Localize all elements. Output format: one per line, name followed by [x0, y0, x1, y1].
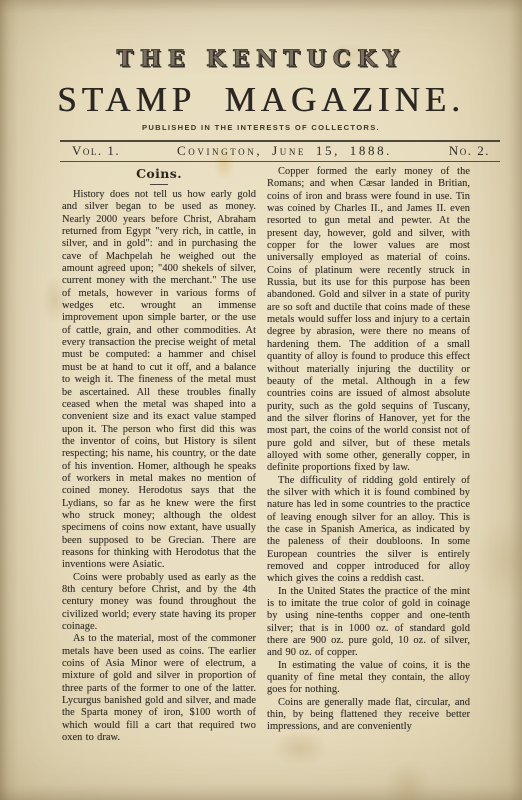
magazine-page: THE KENTUCKY STAMP MAGAZINE. PUBLISHED I… — [0, 0, 522, 800]
paragraph-coins-early-use: Coins were probably used as early as the… — [62, 572, 256, 634]
masthead-tagline: PUBLISHED IN THE INTERESTS OF COLLECTORS… — [0, 123, 522, 132]
volume-label: Vol. 1. — [72, 143, 120, 159]
paragraph-coin-materials: As to the material, most of the commoner… — [62, 633, 256, 744]
paragraph-gold-silver-alloy: The difficulity of ridding gold entirely… — [267, 475, 470, 586]
paragraph-copper-roman-money: Copper formed the early money of the Rom… — [267, 166, 470, 475]
article-body: Coins. History does not tell us how earl… — [0, 162, 522, 744]
paragraph-us-mint-practice: In the United States the practice of the… — [267, 586, 470, 660]
left-column: Coins. History does not tell us how earl… — [62, 166, 256, 744]
masthead-kicker: THE KENTUCKY — [0, 46, 522, 72]
number-label: No. 2. — [449, 143, 490, 159]
right-column: Copper formed the early money of the Rom… — [267, 166, 470, 744]
masthead: THE KENTUCKY STAMP MAGAZINE. PUBLISHED I… — [0, 0, 522, 132]
paragraph-coin-value: In estimating the value of coins, it is … — [267, 660, 470, 697]
article-title: Coins. — [62, 166, 256, 181]
dateline-bar: Vol. 1. Covington, June 15, 1888. No. 2. — [60, 140, 500, 162]
paragraph-coin-shape: Coins are generally made flat, circular,… — [267, 697, 470, 734]
issue-dateline: Covington, June 15, 1888. — [177, 143, 392, 159]
paragraph-history-of-money: History does not tell us how early gold … — [62, 189, 256, 572]
title-divider — [150, 184, 168, 185]
masthead-title: STAMP MAGAZINE. — [0, 80, 522, 120]
